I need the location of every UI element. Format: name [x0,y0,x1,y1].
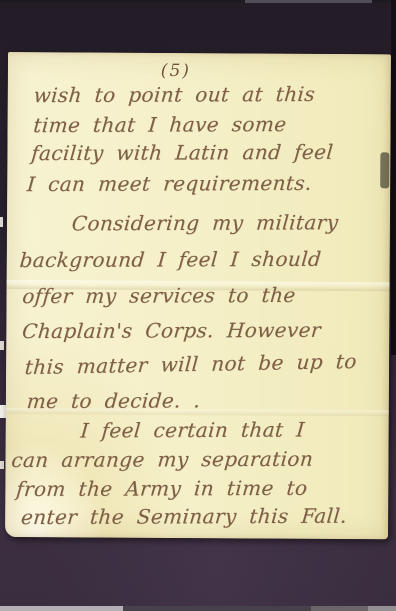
scanner-edge-bottom [311,606,368,611]
handwritten-line: can arrange my separation [10,447,314,472]
scanner-edge-top-highlight [245,0,372,3]
handwritten-line: Considering my military [71,210,340,235]
paper-edge-shadow [380,152,389,188]
edge-notch [0,341,4,350]
scanner-edge-bottom [123,606,311,611]
handwritten-line: I feel certain that I [80,417,306,442]
handwritten-line: this matter will not be up to [24,349,358,379]
handwritten-line: I can meet requirements. [26,171,313,196]
handwritten-line: Chaplain's Corps. However [21,318,322,343]
scanner-edge-bottom [0,606,123,611]
edge-notch [0,461,4,469]
scanned-letter-view: (5) wish to point out at this time that … [0,0,396,611]
handwritten-line: facility with Latin and feel [30,140,334,165]
scanner-edge-right [391,0,396,355]
handwritten-line: offer my services to the [21,283,296,308]
handwritten-line: background I feel I should [19,247,323,272]
letter-page: (5) wish to point out at this time that … [5,52,391,539]
handwritten-line: from the Army in time to [15,476,308,501]
edge-notch [0,217,3,227]
page-number: (5) [136,61,216,81]
handwritten-line: wish to point out at this [33,82,316,107]
handwritten-line: enter the Seminary this Fall. [20,504,348,529]
handwritten-line: time that I have some [32,112,287,137]
handwritten-line: me to decide. . [26,388,202,413]
scanner-edge-bottom [368,606,396,611]
